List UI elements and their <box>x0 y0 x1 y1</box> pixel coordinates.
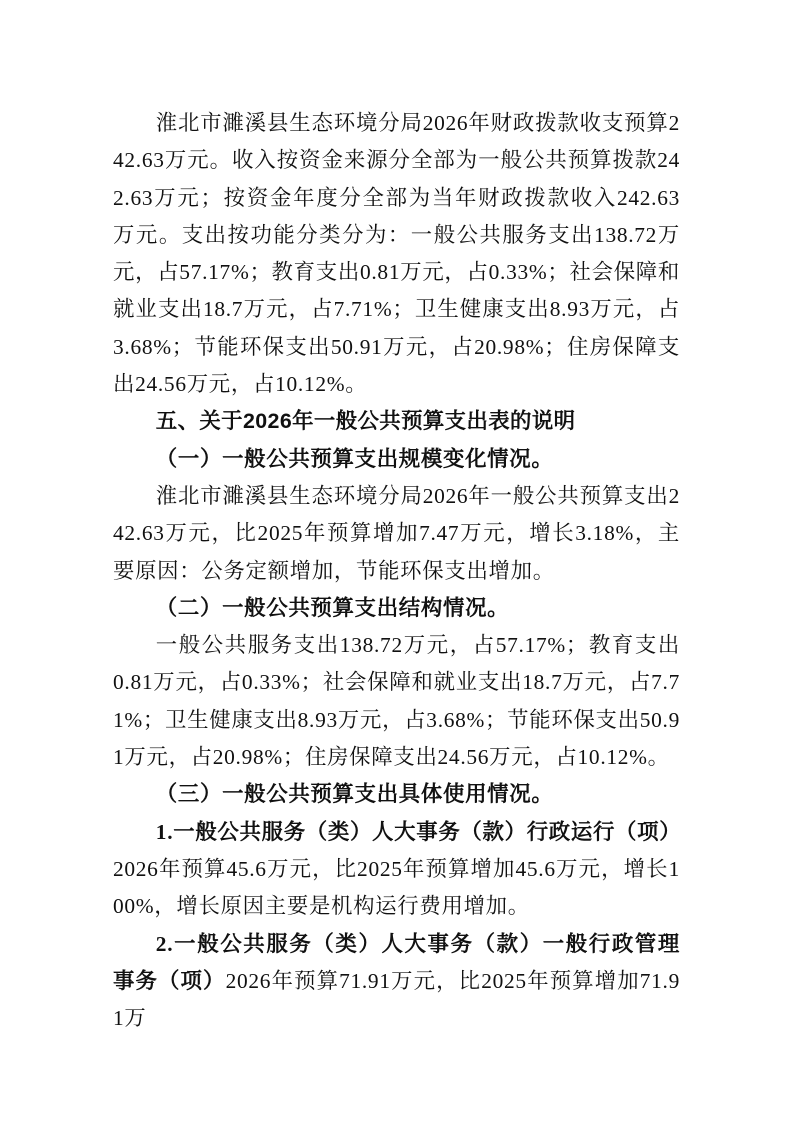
budget-scale-change-paragraph: 淮北市濉溪县生态环境分局2026年一般公共预算支出242.63万元，比2025年… <box>113 478 680 590</box>
budget-item-lead: 1.一般公共服务（类）人大事务（款）行政运行（项） <box>156 820 682 844</box>
budget-structure-paragraph: 一般公共服务支出138.72万元，占57.17%；教育支出0.81万元，占0.3… <box>113 627 680 776</box>
budget-item-2: 2.一般公共服务（类）人大事务（款）一般行政管理事务（项）2026年预算71.9… <box>113 926 680 1038</box>
document-page: 淮北市濉溪县生态环境分局2026年财政拨款收支预算242.63万元。收入按资金来… <box>0 0 793 1122</box>
subsection-heading-two: （二）一般公共预算支出结构情况。 <box>113 590 680 627</box>
budget-item-1: 1.一般公共服务（类）人大事务（款）行政运行（项）2026年预算45.6万元，比… <box>113 814 680 926</box>
subsection-heading-one: （一）一般公共预算支出规模变化情况。 <box>113 441 680 478</box>
document-content: 淮北市濉溪县生态环境分局2026年财政拨款收支预算242.63万元。收入按资金来… <box>113 105 680 1037</box>
fiscal-appropriation-summary-paragraph: 淮北市濉溪县生态环境分局2026年财政拨款收支预算242.63万元。收入按资金来… <box>113 105 680 403</box>
subsection-heading-three: （三）一般公共预算支出具体使用情况。 <box>113 776 680 813</box>
budget-item-lead: 2.一般公共服务（类）人大事务（款）一般行政管理事务（项） <box>113 932 680 993</box>
section-heading-five: 五、关于2026年一般公共预算支出表的说明 <box>113 403 680 440</box>
